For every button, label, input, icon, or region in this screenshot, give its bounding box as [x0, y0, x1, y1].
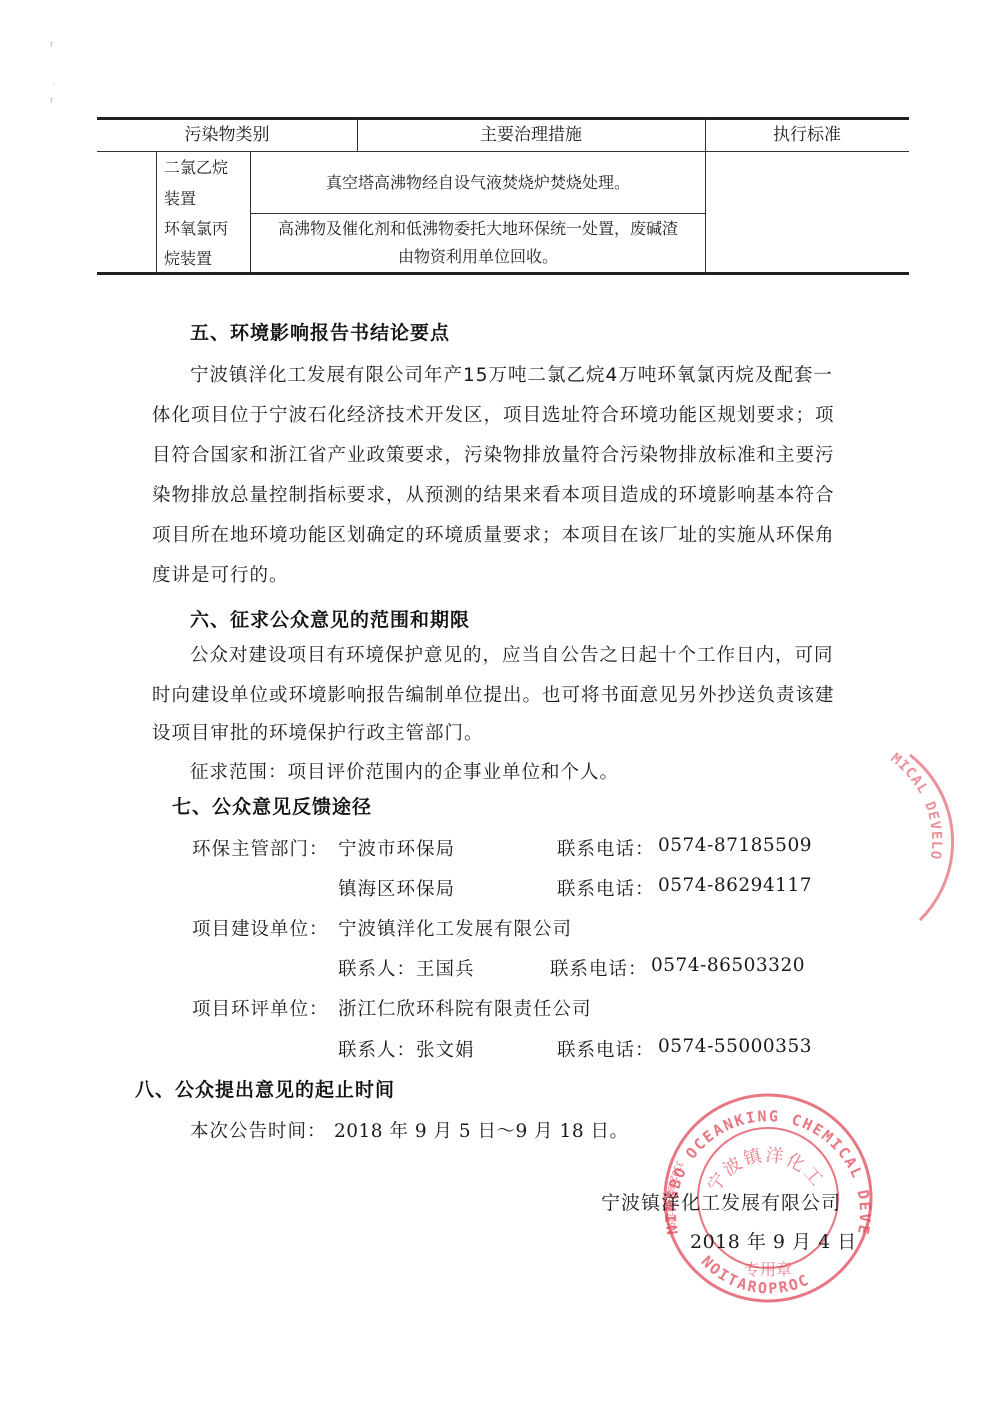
- scan-mark: r: [50, 96, 54, 106]
- table-header-measures: 主要治理措施: [357, 120, 705, 152]
- svg-text:专用章: 专用章: [744, 1260, 792, 1279]
- phone-number: 0574-87185509: [658, 835, 812, 856]
- svg-text:NOITAROPROC: NOITAROPROC: [698, 1252, 813, 1297]
- scan-mark: ·: [52, 80, 55, 90]
- table-header-standard: 执行标准: [705, 120, 909, 152]
- table-cell-category: 装置: [164, 183, 196, 215]
- paragraph-line: 项目所在地环境功能区划确定的环境质量要求；本项目在该厂址的实施从环保角: [152, 521, 835, 547]
- contact-name: 张文娟: [416, 1036, 475, 1062]
- section-6-heading: 六、征求公众意见的范围和期限: [190, 605, 470, 632]
- paragraph-line: 体化项目位于宁波石化经济技术开发区，项目选址符合环境功能区规划要求；项: [152, 401, 835, 427]
- signature-date: 2018 年 9 月 4 日: [690, 1227, 857, 1254]
- paragraph-line: 公众对建设项目有环境保护意见的，应当自公告之日起十个工作日内，可同: [190, 641, 834, 667]
- document-page: r · r 污染物类别 主要治理措施 执行标准 二氯乙烷 装置 真空塔高沸物经自…: [0, 0, 1000, 1414]
- period-label: 本次公告时间：: [190, 1117, 327, 1143]
- phone-number: 0574-86503320: [651, 955, 805, 976]
- phone-label: 联系电话：: [557, 835, 655, 861]
- phone-number: 0574-86294117: [658, 875, 812, 896]
- phone-label: 联系电话：: [550, 955, 648, 981]
- table-vline: [156, 151, 157, 273]
- table-cell-measure: 真空塔高沸物经自设气液焚烧炉焚烧处理。: [250, 167, 706, 199]
- env-dept-name: 宁波市环保局: [338, 835, 455, 861]
- contact-label: 联系人：: [338, 955, 416, 981]
- builder-label: 项目建设单位：: [192, 915, 329, 941]
- period-value: 2018 年 9 月 5 日～9 月 18 日。: [334, 1117, 628, 1143]
- phone-label: 联系电话：: [557, 1036, 655, 1062]
- table-header-category: 污染物类别: [97, 120, 357, 152]
- eia-name: 浙江仁欣环科院有限责任公司: [338, 995, 592, 1021]
- phone-number: 0574-55000353: [658, 1036, 812, 1057]
- table-cell-measure: 由物资利用单位回收。: [250, 241, 706, 273]
- table-cell-category: 环氧氯丙: [164, 213, 228, 245]
- table-cell-category: 二氯乙烷: [164, 152, 228, 184]
- table-cell-category: 烷装置: [164, 243, 212, 275]
- contact-label: 联系人：: [338, 1036, 416, 1062]
- contact-name: 王国兵: [416, 955, 475, 981]
- svg-text:MICAL DEVELO: MICAL DEVELO: [888, 750, 945, 861]
- eia-label: 项目环评单位：: [192, 995, 329, 1021]
- section-7-heading: 七、公众意见反馈途径: [172, 792, 372, 819]
- paragraph-line: 染物排放总量控制指标要求，从预测的结果来看本项目造成的环境影响基本符合: [152, 481, 835, 507]
- paragraph-line: 目符合国家和浙江省产业政策要求，污染物排放量符合污染物排放标准和主要污: [152, 441, 835, 467]
- paragraph-line: 时向建设单位或环境影响报告编制单位提出。也可将书面意见另外抄送负责该建: [152, 681, 835, 707]
- paragraph-line: 度讲是可行的。: [152, 561, 289, 587]
- section-5-heading: 五、环境影响报告书结论要点: [190, 318, 450, 345]
- svg-text:NINGBO OCEANKING CHEMICAL DEVE: NINGBO OCEANKING CHEMICAL DEVE: [662, 1107, 874, 1237]
- consultation-scope: 征求范围：项目评价范围内的企事业单位和个人。: [190, 758, 619, 784]
- paragraph-line: 宁波镇洋化工发展有限公司年产15万吨二氯乙烷4万吨环氧氯丙烷及配套一: [190, 361, 833, 387]
- paragraph-line: 设项目审批的环境保护行政主管部门。: [152, 719, 484, 745]
- builder-name: 宁波镇洋化工发展有限公司: [338, 915, 572, 941]
- phone-label: 联系电话：: [557, 875, 655, 901]
- partial-seal-icon: MICAL DEVELO: [880, 745, 1000, 925]
- section-8-heading: 八、公众提出意见的起止时间: [135, 1075, 395, 1102]
- env-dept-name: 镇海区环保局: [338, 875, 455, 901]
- env-dept-label: 环保主管部门：: [192, 835, 329, 861]
- scan-mark: r: [50, 40, 54, 50]
- signature-company: 宁波镇洋化工发展有限公司: [601, 1188, 841, 1215]
